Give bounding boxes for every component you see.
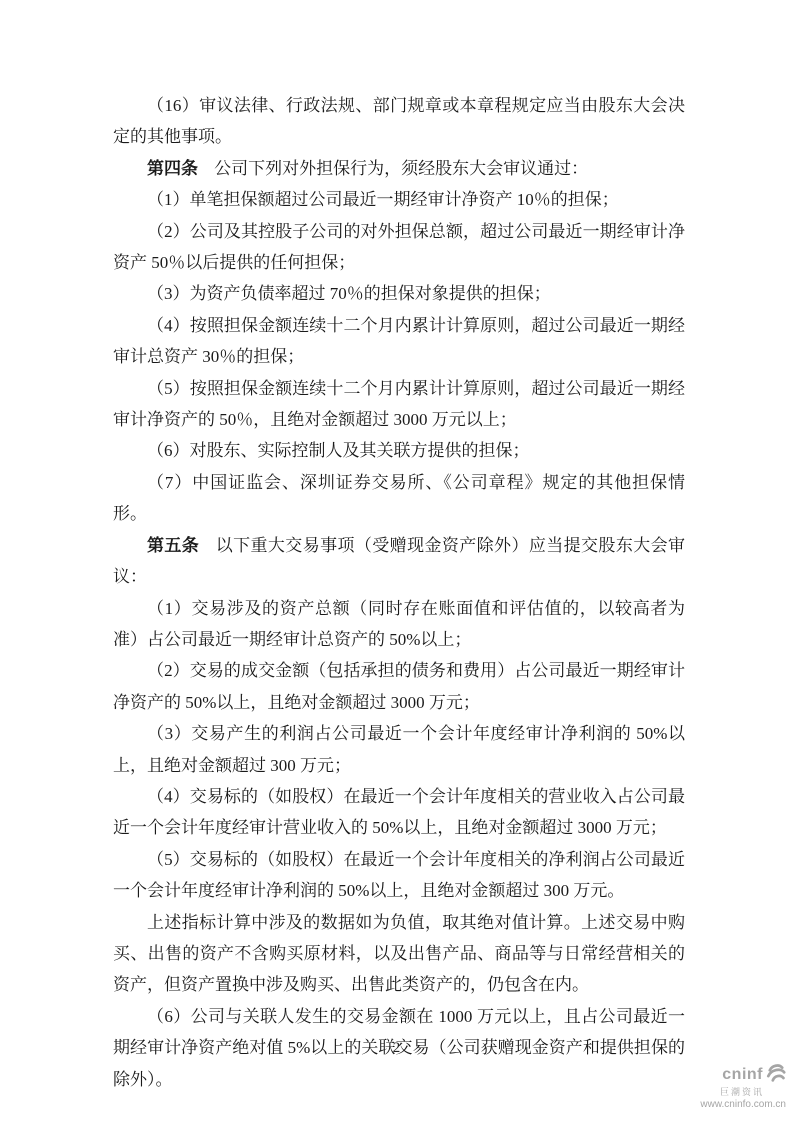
paragraph: （4）交易标的（如股权）在最近一个会计年度相关的营业收入占公司最近一个会计年度经… — [113, 781, 685, 844]
paragraph-text: 上述指标计算中涉及的数据如为负值，取其绝对值计算。上述交易中购买、出售的资产不含… — [113, 913, 685, 995]
page-number: 2 — [0, 1038, 793, 1058]
paragraph: （2）交易的成交金额（包括承担的债务和费用）占公司最近一期经审计净资产的 50%… — [113, 655, 685, 718]
document-page: （16）审议法律、行政法规、部门规章或本章程规定应当由股东大会决定的其他事项。第… — [0, 0, 793, 1122]
paragraph-text: （1）单笔担保额超过公司最近一期经审计净资产 10％的担保； — [147, 190, 619, 209]
article-paragraph: 第五条以下重大交易事项（受赠现金资产除外）应当提交股东大会审议： — [113, 530, 685, 593]
paragraph-text: （16）审议法律、行政法规、部门规章或本章程规定应当由股东大会决定的其他事项。 — [113, 96, 685, 146]
paragraph-text: （5）交易标的（如股权）在最近一个会计年度相关的净利润占公司最近一个会计年度经审… — [113, 850, 685, 900]
article-number: 第五条 — [147, 536, 199, 555]
paragraph: （1）交易涉及的资产总额（同时存在账面值和评估值的，以较高者为准）占公司最近一期… — [113, 593, 685, 656]
paragraph: （2）公司及其控股子公司的对外担保总额，超过公司最近一期经审计净资产 50％以后… — [113, 216, 685, 279]
paragraph: 上述指标计算中涉及的数据如为负值，取其绝对值计算。上述交易中购买、出售的资产不含… — [113, 907, 685, 1001]
paragraph-text: （4）交易标的（如股权）在最近一个会计年度相关的营业收入占公司最近一个会计年度经… — [113, 787, 685, 837]
article-paragraph: 第四条公司下列对外担保行为，须经股东大会审议通过： — [113, 153, 685, 184]
paragraph-text: （3）交易产生的利润占公司最近一个会计年度经审计净利润的 50%以上，且绝对金额… — [113, 724, 685, 774]
paragraph: （16）审议法律、行政法规、部门规章或本章程规定应当由股东大会决定的其他事项。 — [113, 90, 685, 153]
paragraph-text: （1）交易涉及的资产总额（同时存在账面值和评估值的，以较高者为准）占公司最近一期… — [113, 599, 685, 649]
cninfo-swirl-icon — [765, 1063, 786, 1088]
paragraph: （6）对股东、实际控制人及其关联方提供的担保； — [113, 435, 685, 466]
paragraph: （5）交易标的（如股权）在最近一个会计年度相关的净利润占公司最近一个会计年度经审… — [113, 844, 685, 907]
cninfo-brand-text: cninf — [722, 1066, 763, 1084]
paragraph: （7）中国证监会、深圳证券交易所、《公司章程》规定的其他担保情形。 — [113, 467, 685, 530]
cninfo-chinese-name: 巨潮资讯 — [700, 1088, 764, 1098]
cninfo-url: www.cninfo.com.cn — [700, 1099, 786, 1110]
cninfo-watermark: cninf 巨潮资讯 www.cninfo.com.cn — [700, 1063, 786, 1110]
paragraph-text: （4）按照担保金额连续十二个月内累计计算原则，超过公司最近一期经审计总资产 30… — [113, 316, 685, 366]
paragraph-text: （7）中国证监会、深圳证券交易所、《公司章程》规定的其他担保情形。 — [113, 473, 685, 523]
paragraph-text: （2）交易的成交金额（包括承担的债务和费用）占公司最近一期经审计净资产的 50%… — [113, 661, 685, 711]
article-number: 第四条 — [147, 159, 198, 178]
paragraph-text: （6）对股东、实际控制人及其关联方提供的担保； — [147, 441, 530, 460]
paragraph-text: （3）为资产负债率超过 70％的担保对象提供的担保； — [147, 284, 551, 303]
paragraph-text: （2）公司及其控股子公司的对外担保总额，超过公司最近一期经审计净资产 50％以后… — [113, 222, 685, 272]
cninfo-brand-row: cninf — [700, 1063, 786, 1088]
paragraph-text: 公司下列对外担保行为，须经股东大会审议通过： — [214, 159, 588, 178]
paragraph: （4）按照担保金额连续十二个月内累计计算原则，超过公司最近一期经审计总资产 30… — [113, 310, 685, 373]
paragraph: （3）交易产生的利润占公司最近一个会计年度经审计净利润的 50%以上，且绝对金额… — [113, 718, 685, 781]
paragraph-text: （5）按照担保金额连续十二个月内累计计算原则，超过公司最近一期经审计净资产的 5… — [113, 379, 685, 429]
document-body: （16）审议法律、行政法规、部门规章或本章程规定应当由股东大会决定的其他事项。第… — [113, 90, 685, 1095]
paragraph: （1）单笔担保额超过公司最近一期经审计净资产 10％的担保； — [113, 184, 685, 215]
paragraph: （3）为资产负债率超过 70％的担保对象提供的担保； — [113, 278, 685, 309]
paragraph: （5）按照担保金额连续十二个月内累计计算原则，超过公司最近一期经审计净资产的 5… — [113, 373, 685, 436]
